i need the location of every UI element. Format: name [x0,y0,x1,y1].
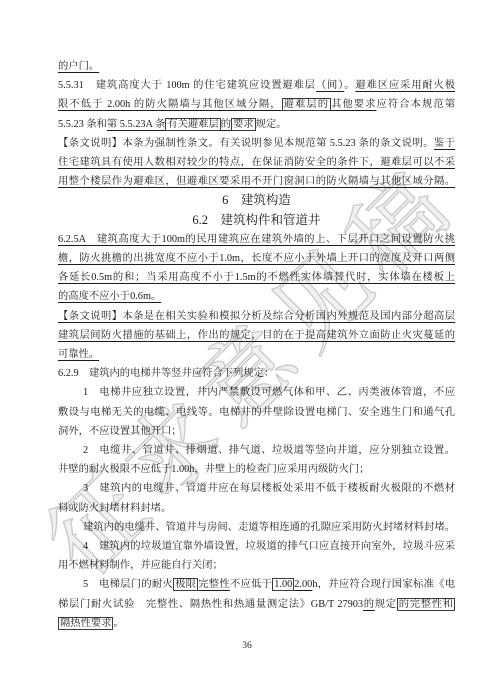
text-run: 料或防火封堵材料封堵。 [58,503,171,514]
text-line: 建筑层间防火措施的基础上，作出的规定，目的在于提高建筑外立面防止火灾蔓延的 [58,326,455,345]
inserted-text: 用整个楼层作为避难区，但避难区要采用不开门窗洞口的防火隔墙与其他区域分隔。 [58,176,455,187]
text-run: 【条文说明】本条为强制性条文。有关说明参见本规范第 5.5.23 条的条文说明。 [58,138,434,149]
text-line: 【条文说明】本条为强制性条文。有关说明参见本规范第 5.5.23 条的条文说明。… [58,134,455,153]
inserted-text: 各延长0.5m的和；当采用高度不小于1.5m的不燃性实体墙替代时，实体墙在楼板上 [58,272,455,283]
text-run: 井壁的耐火极限不应低于1.00h，井壁上的检查门应采用丙级防火门； [58,464,369,475]
text-line: 料或防火封堵材料封堵。 [58,499,455,518]
text-line: 洞外，不应设置其他开口； [58,422,455,441]
text-run: 不应低于 [230,579,272,590]
text-line: 的高度不应小于0.6m。 [58,287,455,306]
document-page: 征求意见稿 的户门。5.5.31 建筑高度大于 100m 的住宅建筑应设置避难层… [0,0,494,700]
inserted-text: 的户门。 [58,61,99,72]
deleted-text: 有关避难层 [165,118,220,131]
text-run: 规定 [375,599,397,610]
deleted-text: 极限 [173,578,198,591]
inserted-text: 檐，防火挑檐的出挑宽度不应小于1.0m，长度不应小于外墙上开口的宽度及开口两侧 [58,253,455,264]
inserted-text: 其他要求 [331,99,376,110]
text-run: 规定。 [256,119,287,130]
inserted-text: 2.00 [294,579,312,590]
text-run: 应符合本规范第 [377,99,455,110]
text-run: 敷设与电梯无关的电缆、电线等。电梯井的井壁除设置电梯门、安全逃生门和通气孔 [58,407,455,418]
text-line: 6.2.5A 建筑高度大于100m的民用建筑应在建筑外墙的上、下层开口之间设置防… [58,230,455,249]
inserted-text: 住宅建筑具有使用人数相对较少的特点，在保证消防安全的条件下，避难层可以不采 [58,157,455,168]
text-line: 5.5.23 条和第 5.5.23A 条有关避难层的要求规定。 [58,115,455,134]
text-line: 的户门。 [58,57,455,76]
text-run: 。 [344,80,355,91]
text-line: 住宅建筑具有使用人数相对较少的特点，在保证消防安全的条件下，避难层可以不采 [58,153,455,172]
text-line: 6.2.9 建筑内的电梯井等竖井应符合下列规定： [58,364,455,383]
text-run: 。 [113,618,123,629]
section-heading: 6 建筑构造 [58,191,455,210]
text-line: 用不燃材料制作，并应能自行关闭； [58,556,455,575]
inserted-text: 【条文说明】本条是在相关实验和模拟分析及综合分析国内外规范及国内部分超高层 [58,311,455,322]
text-run: 梯层门耐火试验 完整性、隔热性和热通量测定法》GB/T 27903 [58,599,363,610]
deleted-text: 隔热性要求 [58,617,113,630]
text-line: 4 建筑内的垃圾道宜靠外墙设置，垃圾道的排气口应直接开向室外，垃圾斗应采 [58,537,455,556]
text-line: 隔热性要求。 [58,614,455,633]
text-line: 1 电梯井应独立设置，井内严禁敷设可燃气体和甲、乙、丙类液体管道，不应 [58,383,455,402]
deleted-text: 要求 [231,118,256,131]
deleted-text: 的完整性和 [397,598,455,611]
text-line: 5.5.31 建筑高度大于 100m 的住宅建筑应设置避难层（间）。避难区应采用… [58,76,455,95]
inserted-text: 第 5.5.23A 条 [107,119,165,130]
text-run: 建筑内的电缆井、管道井与房间、走道等相连通的孔隙应采用防火封堵材料封堵。 [83,522,455,533]
section-heading: 6.2 建筑构件和管道井 [58,211,455,230]
inserted-text: 限不低于 2.00h 的防火隔墙与其他区域分隔， [58,99,282,110]
text-line: 5 电梯层门的耐火极限完整性不应低于1.002.00h，并应符合现行国家标准《电 [58,575,455,594]
text-line: 敷设与电梯无关的电缆、电线等。电梯井的井壁除设置电梯门、安全逃生门和通气孔 [58,403,455,422]
text-line: 檐，防火挑檐的出挑宽度不应小于1.0m，长度不应小于外墙上开口的宽度及开口两侧 [58,249,455,268]
inserted-text: 完整性 [198,579,230,590]
inserted-text: 避难区应采用耐火极 [355,80,455,91]
text-run: 4 建筑内的垃圾道宜靠外墙设置，垃圾道的排气口应直接开向室外，垃圾斗应采 [83,541,455,552]
deleted-text: 1.00 [272,578,294,591]
text-run: 6.2 建筑构件和管道井 [192,213,320,227]
text-run: 3 建筑内的电缆井、管道井应在每层楼板处采用不低于楼板耐火极限的不燃材 [83,483,455,494]
text-run: 6 建筑构造 [222,193,291,207]
text-line: 限不低于 2.00h 的防火隔墙与其他区域分隔，避难层的其他要求应符合本规范第 [58,95,455,114]
text-line: 建筑内的电缆井、管道井与房间、走道等相连通的孔隙应采用防火封堵材料封堵。 [58,518,455,537]
inserted-text: 鉴于 [434,138,455,149]
text-run: h，并应符合现行国家标准《电 [312,579,455,590]
text-line: 梯层门耐火试验 完整性、隔热性和热通量测定法》GB/T 27903的规定的完整性… [58,595,455,614]
text-run: 6.2.9 建筑内的电梯井等竖井应符合下列规定： [58,368,274,379]
text-run: 2 电缆井、管道井、排烟道、排气道、垃圾道等竖向井道，应分别独立设置。 [83,445,455,456]
text-line: 【条文说明】本条是在相关实验和模拟分析及综合分析国内外规范及国内部分超高层 [58,307,455,326]
inserted-text: 的 [221,119,231,130]
document-body: 的户门。5.5.31 建筑高度大于 100m 的住宅建筑应设置避难层（间）。避难… [58,57,455,633]
deleted-text: 避难层的 [282,98,331,111]
inserted-text: 的 [363,599,375,610]
page-number: 36 [0,641,494,651]
text-run: 洞外，不应设置其他开口； [58,426,182,437]
text-line: 2 电缆井、管道井、排烟道、排气道、垃圾道等竖向井道，应分别独立设置。 [58,441,455,460]
text-line: 可靠性。 [58,345,455,364]
text-run: 用不燃材料制作，并应能自行关闭； [58,560,223,571]
inserted-text: （间） [316,80,344,91]
inserted-text: 的高度不应小于0.6m。 [58,291,161,302]
inserted-text: 建筑层间防火措施的基础上，作出的规定，目的在于提高建筑外立面防止火灾蔓延的 [58,330,455,341]
text-line: 用整个楼层作为避难区，但避难区要采用不开门窗洞口的防火隔墙与其他区域分隔。 [58,172,455,191]
text-run: 5.5.31 建筑高度大于 100m 的住宅建筑应设置避难层 [58,80,316,91]
inserted-text: 可靠性。 [58,349,99,360]
text-run: 5.5.23 条和 [58,119,107,130]
text-run: 1 电梯井应独立设置，井内严禁敷设可燃气体和甲、乙、丙类液体管道，不应 [83,387,455,398]
inserted-text: 6.2.5A 建筑高度大于100m的民用建筑应在建筑外墙的上、下层开口之间设置防… [58,234,455,245]
text-run: 5 电梯层门的耐火 [83,579,173,590]
text-line: 3 建筑内的电缆井、管道井应在每层楼板处采用不低于楼板耐火极限的不燃材 [58,479,455,498]
text-line: 井壁的耐火极限不应低于1.00h，井壁上的检查门应采用丙级防火门； [58,460,455,479]
text-line: 各延长0.5m的和；当采用高度不小于1.5m的不燃性实体墙替代时，实体墙在楼板上 [58,268,455,287]
